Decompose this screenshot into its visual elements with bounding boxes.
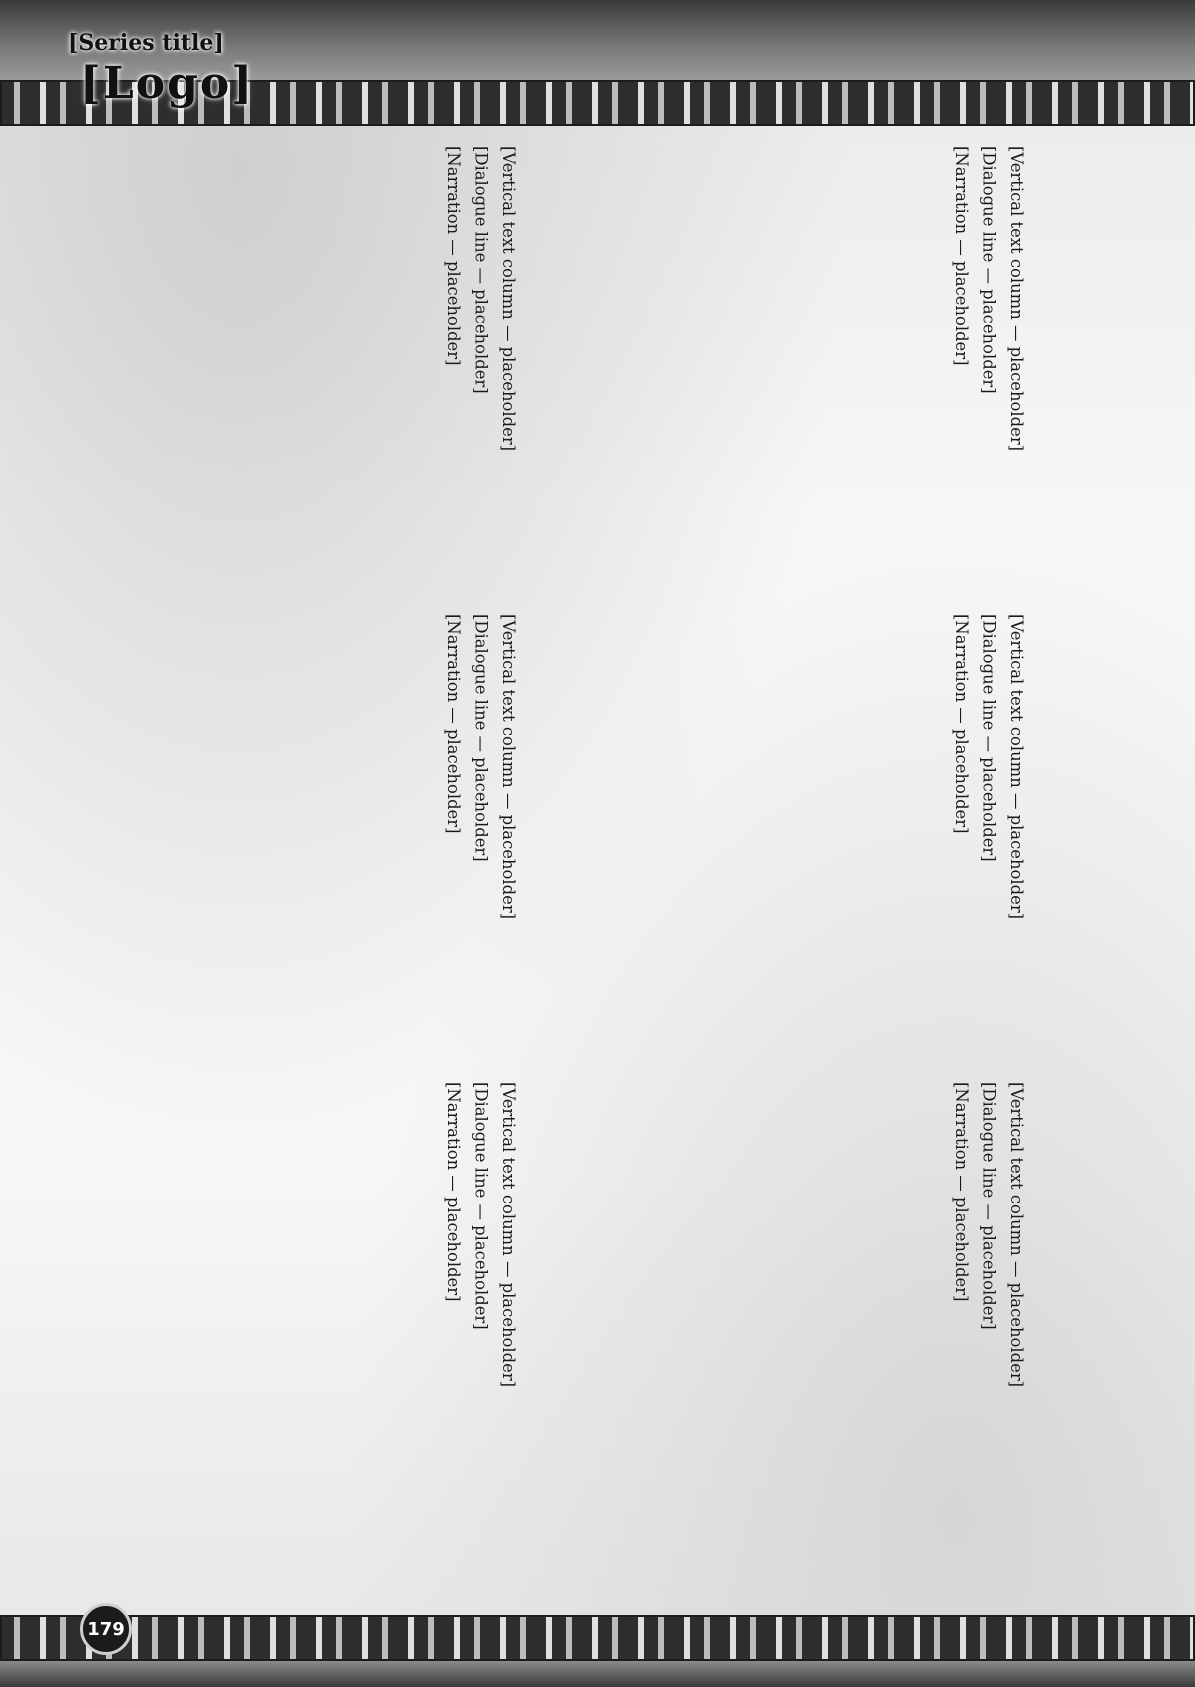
paragraph: [Dialogue line — placeholder]	[467, 598, 495, 1054]
paragraph: [Narration — placeholder]	[947, 130, 975, 586]
paragraph: [Vertical text column — placeholder]	[1002, 598, 1030, 1054]
footer-band	[0, 1661, 1195, 1687]
text-column-middle-left: [Vertical text column — placeholder] [Di…	[92, 598, 522, 1054]
logo-subtitle: [Series title]	[68, 30, 224, 56]
series-logo: [Series title] [Logo]	[40, 28, 280, 128]
text-column-lower-right: [Vertical text column — placeholder] [Di…	[600, 1066, 1030, 1522]
paragraph: [Narration — placeholder]	[439, 1066, 467, 1522]
text-column-upper-right: [Vertical text column — placeholder] [Di…	[600, 130, 1030, 586]
text-column-middle-right: [Vertical text column — placeholder] [Di…	[600, 598, 1030, 1054]
text-column-lower-left: [Vertical text column — placeholder] [Di…	[92, 1066, 522, 1522]
paragraph: [Vertical text column — placeholder]	[494, 130, 522, 586]
paragraph: [Dialogue line — placeholder]	[467, 130, 495, 586]
paragraph: [Narration — placeholder]	[439, 598, 467, 1054]
logo-title: [Logo]	[80, 58, 254, 109]
paragraph: [Narration — placeholder]	[439, 130, 467, 586]
paragraph: [Vertical text column — placeholder]	[1002, 1066, 1030, 1522]
paragraph: [Vertical text column — placeholder]	[494, 598, 522, 1054]
paragraph: [Narration — placeholder]	[947, 598, 975, 1054]
paragraph: [Dialogue line — placeholder]	[467, 1066, 495, 1522]
page-number-badge: 179	[80, 1603, 132, 1655]
text-column-upper-left: [Vertical text column — placeholder] [Di…	[92, 130, 522, 586]
paragraph: [Dialogue line — placeholder]	[975, 130, 1003, 586]
paragraph: [Vertical text column — placeholder]	[494, 1066, 522, 1522]
ornamental-border-bottom	[0, 1615, 1195, 1661]
paragraph: [Dialogue line — placeholder]	[975, 1066, 1003, 1522]
paragraph: [Dialogue line — placeholder]	[975, 598, 1003, 1054]
paragraph: [Narration — placeholder]	[947, 1066, 975, 1522]
paragraph: [Vertical text column — placeholder]	[1002, 130, 1030, 586]
